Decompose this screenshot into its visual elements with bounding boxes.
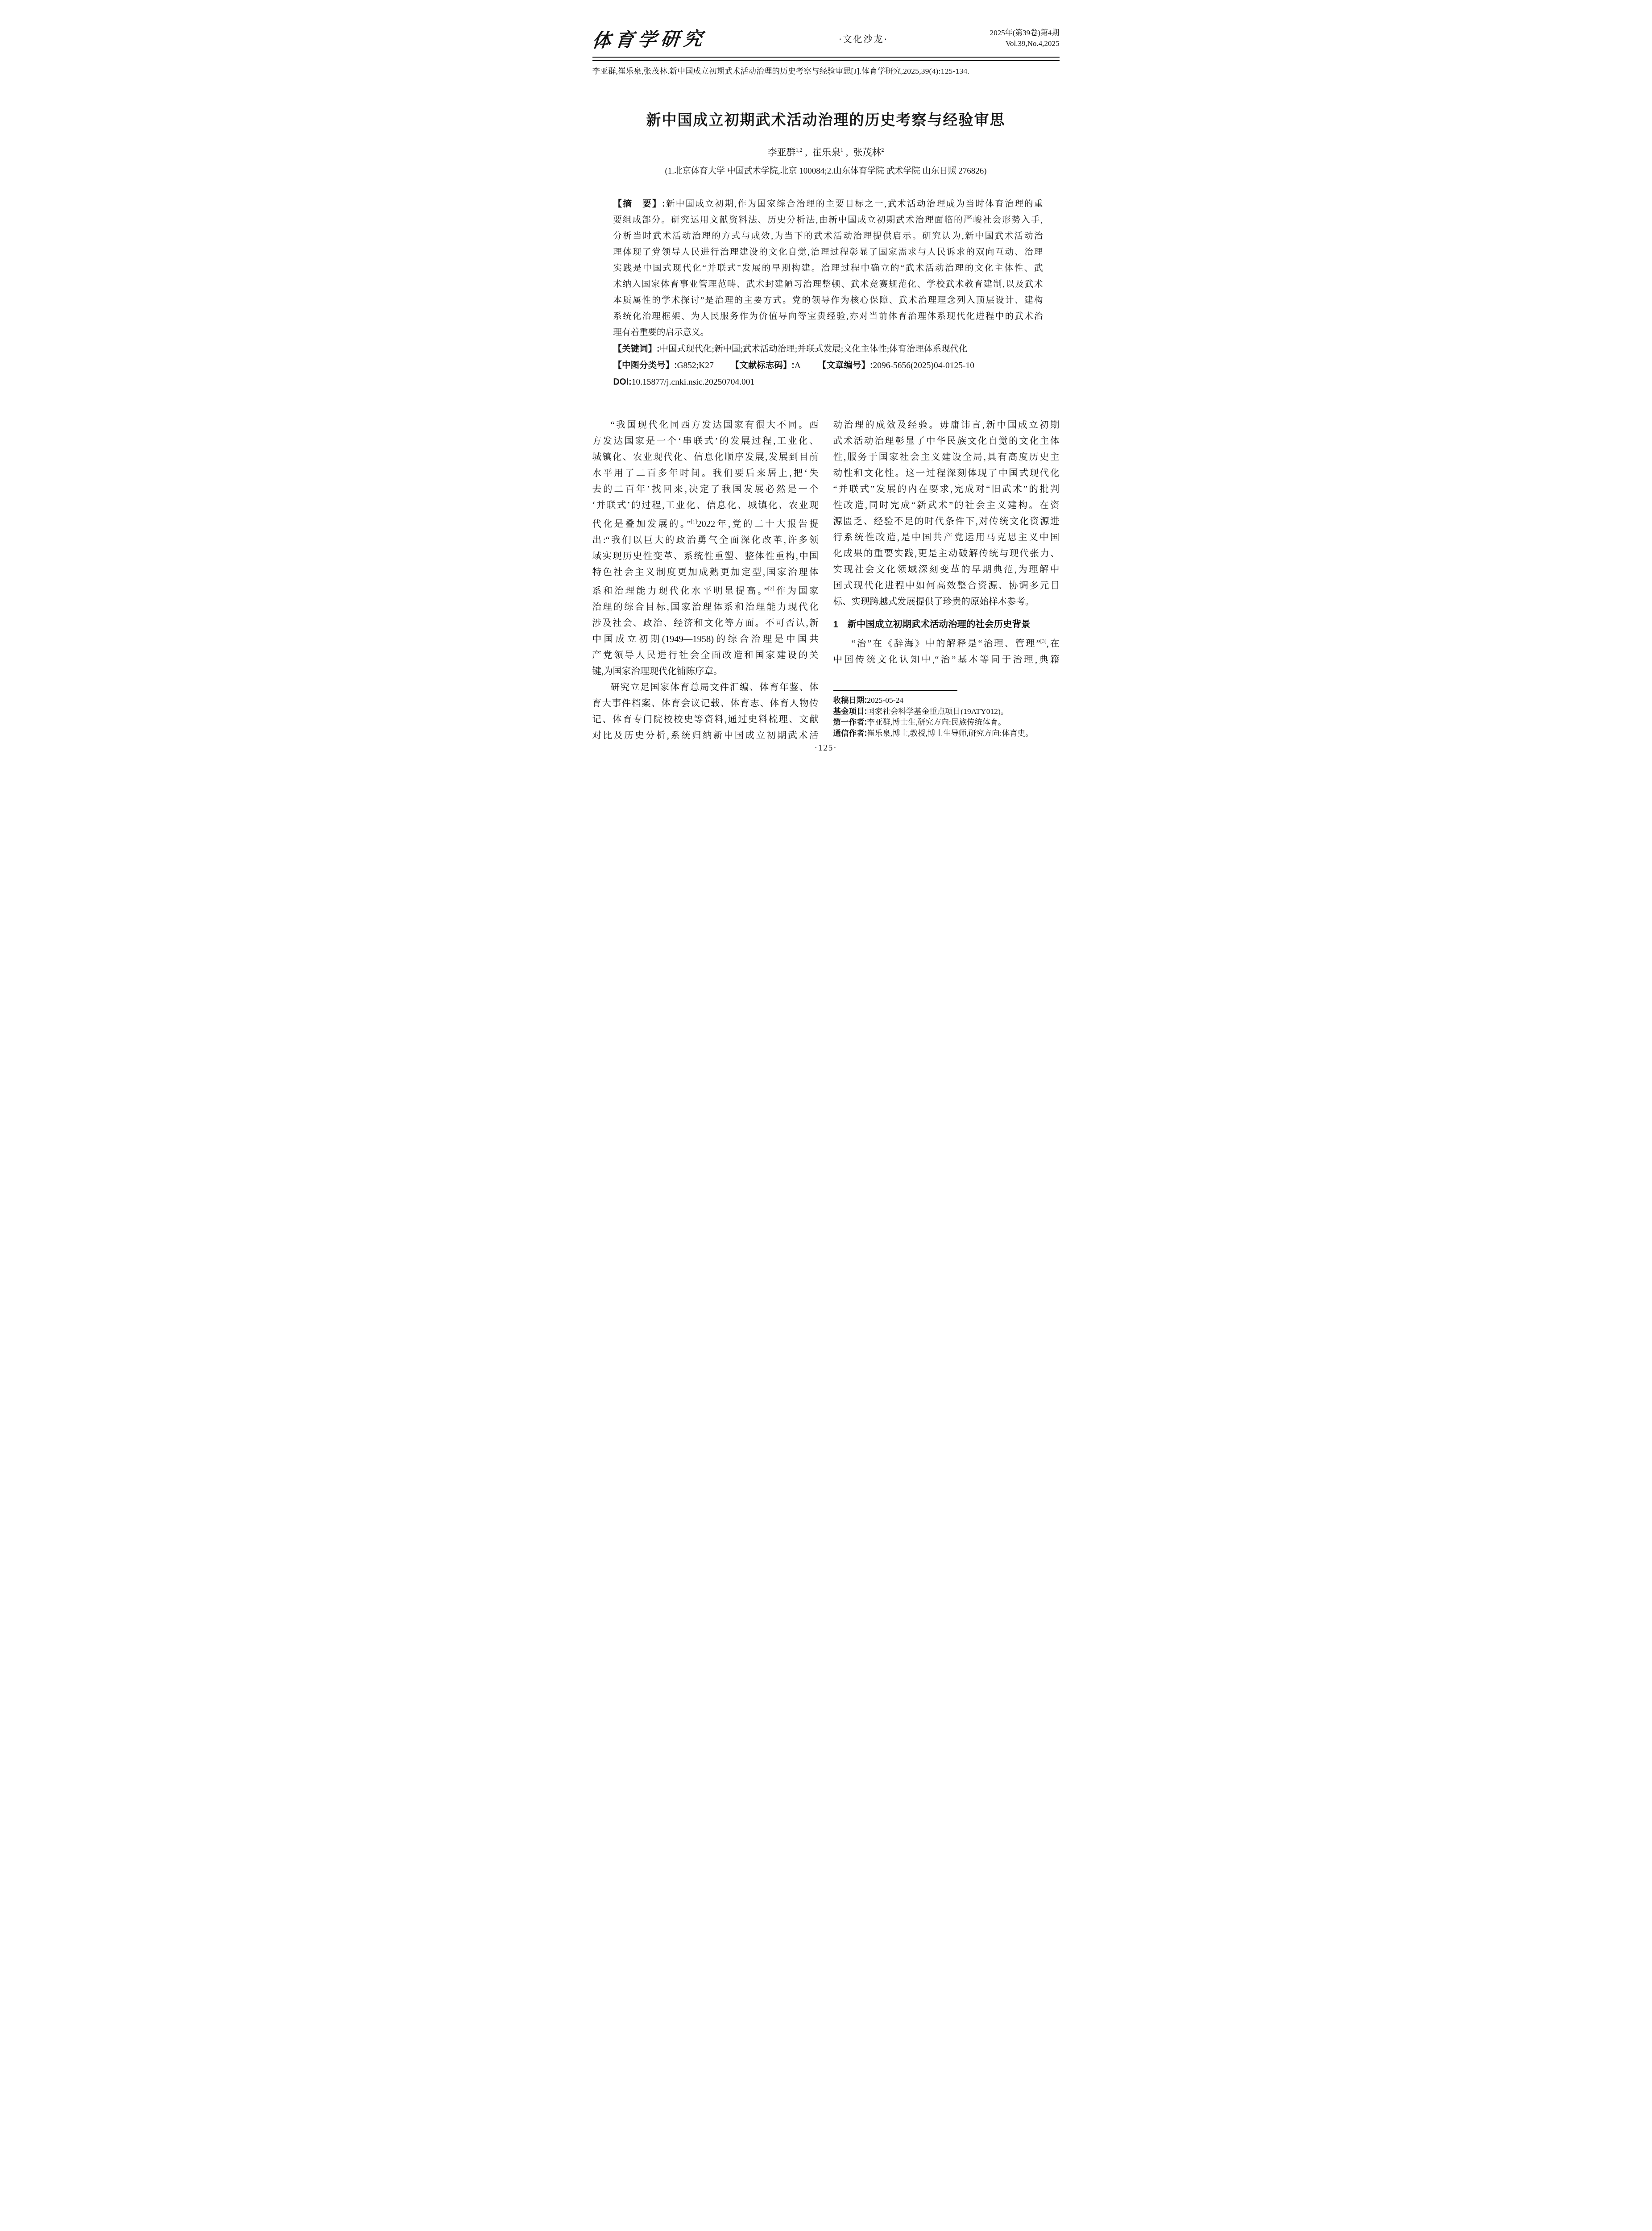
- affiliation-line: (1.北京体育大学 中国武术学院,北京 100084;2.山东体育学院 武术学院…: [592, 164, 1060, 176]
- footnote-line: 基金项目:国家社会科学基金重点项目(19ATY012)。: [833, 706, 1060, 717]
- body-line: 方发达国家是一个‘串联式’的发展过程,工业化、: [592, 433, 819, 449]
- doi-value: 10.15877/j.cnki.nsic.20250704.001: [632, 377, 755, 387]
- doc-code-label: 【文献标志码】:: [731, 361, 795, 370]
- author-name: 李亚群1,2: [768, 147, 803, 158]
- issue-info-en: Vol.39,No.4,2025: [990, 38, 1060, 49]
- journal-logo: 体育学研究: [591, 24, 708, 53]
- body-line: 对比及历史分析,系统归纳新中国成立初期武术活: [592, 728, 819, 744]
- body-line: 标、实现跨越式发展提供了珍贵的原始样本参考。: [833, 594, 1060, 610]
- body-line: 中国成立初期(1949—1958)的综合治理是中国共: [592, 631, 819, 647]
- footnote-label: 第一作者:: [833, 717, 867, 726]
- clc-label: 【中图分类号】:: [613, 361, 677, 370]
- body-line: ‘并联式’的过程,工业化、信息化、城镇化、农业现: [592, 498, 819, 514]
- front-matter: 【摘 要】:新中国成立初期,作为国家综合治理的主要目标之一,武术活动治理成为当时…: [613, 196, 1043, 390]
- footnote-line: 通信作者:崔乐泉,博士,教授,博士生导师,研究方向:体育史。: [833, 728, 1060, 739]
- abstract-line: 系统化治理框架、为人民服务作为价值导向等宝贵经验,亦对当前体育治理体系现代化进程…: [613, 309, 1043, 325]
- body-line: 域实现历史性变革、系统性重塑、整体性重构,中国: [592, 548, 819, 564]
- body-line: 代化是叠加发展的。”[1]2022年,党的二十大报告提: [592, 514, 819, 532]
- classification-line: 【中图分类号】:G852;K27【文献标志码】:A【文章编号】:2096-565…: [613, 357, 1043, 374]
- body-line: “并联式”发展的内在要求,完成对“旧武术”的批判: [833, 481, 1060, 498]
- footnote-line: 第一作者:李亚群,博士生,研究方向:民族传统体育。: [833, 717, 1060, 728]
- body-line: 育大事件档案、体育会议记载、体育志、体育人物传: [592, 696, 819, 712]
- body-line: 涉及社会、政治、经济和文化等方面。不可否认,新: [592, 615, 819, 631]
- body-line: 行系统性改造,是中国共产党运用马克思主义中国: [833, 530, 1060, 546]
- body-line: 实现社会文化领域深刻变革的早期典范,为理解中: [833, 562, 1060, 578]
- body-line: 化成果的重要实践,更是主动破解传统与现代张力、: [833, 546, 1060, 562]
- clc-value: G852;K27: [677, 361, 714, 370]
- journal-page: 体育学研究 ·文化沙龙· 2025年(第39卷)第4期 Vol.39,No.4,…: [551, 0, 1101, 779]
- body-column-right: 动治理的成效及经验。毋庸讳言,新中国成立初期武术活动治理彰显了中华民族文化自觉的…: [833, 417, 1060, 738]
- article-no-value: 2096-5656(2025)04-0125-10: [873, 361, 974, 370]
- article-body: “我国现代化同西方发达国家有很大不同。西方发达国家是一个‘串联式’的发展过程,工…: [592, 417, 1060, 738]
- issue-info-cn: 2025年(第39卷)第4期: [990, 28, 1060, 38]
- page-number: ·125·: [592, 743, 1060, 753]
- body-line: 记、体育专门院校校史等资料,通过史料梳理、文献: [592, 712, 819, 728]
- footnote-label: 通信作者:: [833, 729, 867, 738]
- body-line: 城镇化、农业现代化、信息化顺序发展,发展到目前: [592, 449, 819, 465]
- abstract-label: 【摘 要】:: [613, 199, 665, 209]
- body-line: 性改造,同时完成“新武术”的社会主义建构。在资: [833, 498, 1060, 514]
- body-line: 特色社会主义制度更加成熟更加定型,国家治理体: [592, 564, 819, 581]
- author-name: 崔乐泉1: [812, 147, 843, 158]
- body-line: 动性和文化性。这一过程深刻体现了中国式现代化: [833, 465, 1060, 481]
- body-line: 出:“我们以巨大的政治勇气全面深化改革,许多领: [592, 532, 819, 548]
- body-line: 国式现代化进程中如何高效整合资源、协调多元目: [833, 578, 1060, 594]
- body-line: 中国传统文化认知中,“治”基本等同于治理,典籍: [833, 652, 1060, 668]
- body-line: 源匮乏、经验不足的时代条件下,对传统文化资源进: [833, 514, 1060, 530]
- body-line: 性,服务于国家社会主义建设全局,具有高度历史主: [833, 449, 1060, 465]
- footnote-line: 收稿日期:2025-05-24: [833, 695, 1060, 706]
- authors-line: 李亚群1,2, 崔乐泉1, 张茂林2: [592, 145, 1060, 158]
- header-divider: [592, 57, 1060, 61]
- doi-line: DOI:10.15877/j.cnki.nsic.20250704.001: [613, 374, 1043, 390]
- footnote-label: 收稿日期:: [833, 696, 867, 705]
- right-column-text-top: 动治理的成效及经验。毋庸讳言,新中国成立初期武术活动治理彰显了中华民族文化自觉的…: [833, 417, 1060, 610]
- footnotes: 收稿日期:2025-05-24基金项目:国家社会科学基金重点项目(19ATY01…: [833, 695, 1060, 738]
- abstract-line: 实践是中国式现代化“并联式”发展的早期构建。治理过程中确立的“武术活动治理的文化…: [613, 261, 1043, 277]
- body-line: “治”在《辞海》中的解释是“治理、管理”[3],在: [833, 633, 1060, 652]
- body-line: 治理的综合目标,国家治理体系和治理能力现代化: [592, 599, 819, 615]
- footnote-block: 收稿日期:2025-05-24基金项目:国家社会科学基金重点项目(19ATY01…: [833, 690, 1060, 738]
- article-no-label: 【文章编号】:: [818, 361, 873, 370]
- article-title: 新中国成立初期武术活动治理的历史考察与经验审思: [592, 110, 1060, 130]
- body-line: 水平用了二百多年时间。我们要后来居上,把‘失: [592, 465, 819, 481]
- abstract-line: 本质属性的学术探讨”是治理的主要方式。党的领导作为核心保障、武术治理理念列入顶层…: [613, 293, 1043, 309]
- abstract-block: 【摘 要】:新中国成立初期,作为国家综合治理的主要目标之一,武术活动治理成为当时…: [613, 196, 1043, 341]
- body-line: “我国现代化同西方发达国家有很大不同。西: [592, 417, 819, 433]
- footnote-divider: [833, 690, 958, 691]
- abstract-line: 理有着重要的启示意义。: [613, 325, 1043, 341]
- body-line: 系和治理能力现代化水平明显提高。”[2]作为国家: [592, 581, 819, 599]
- doi-label: DOI:: [613, 377, 632, 387]
- section-heading-1: 1 新中国成立初期武术活动治理的社会历史背景: [833, 617, 1060, 633]
- citation-line: 李亚群,崔乐泉,张茂林.新中国成立初期武术活动治理的历史考察与经验审思[J].体…: [592, 65, 1060, 76]
- keywords-value: 中国式现代化;新中国;武术活动治理;并联式发展;文化主体性;体育治理体系现代化: [660, 344, 968, 354]
- keywords-line: 【关键词】:中国式现代化;新中国;武术活动治理;并联式发展;文化主体性;体育治理…: [613, 341, 1043, 357]
- abstract-line: 分析当时武术活动治理的方式与成效,为当下的武术活动治理提供启示。研究认为,新中国…: [613, 228, 1043, 245]
- page-header: 体育学研究 ·文化沙龙· 2025年(第39卷)第4期 Vol.39,No.4,…: [592, 24, 1060, 53]
- footnote-label: 基金项目:: [833, 707, 867, 716]
- body-column-left: “我国现代化同西方发达国家有很大不同。西方发达国家是一个‘串联式’的发展过程,工…: [592, 417, 819, 738]
- author-name: 张茂林2: [853, 147, 884, 158]
- abstract-line: 【摘 要】:新中国成立初期,作为国家综合治理的主要目标之一,武术活动治理成为当时…: [613, 196, 1043, 212]
- right-column-text-bottom: “治”在《辞海》中的解释是“治理、管理”[3],在中国传统文化认知中,“治”基本…: [833, 633, 1060, 668]
- body-line: 键,为国家治理现代化铺陈序章。: [592, 663, 819, 680]
- column-label: ·文化沙龙·: [839, 32, 888, 45]
- keywords-label: 【关键词】:: [613, 344, 660, 354]
- body-line: 武术活动治理彰显了中华民族文化自觉的文化主体: [833, 433, 1060, 449]
- abstract-line: 理体现了党领导人民进行治理建设的文化自觉,治理过程彰显了国家需求与人民诉求的双向…: [613, 245, 1043, 261]
- body-line: 产党领导人民进行社会全面改造和国家建设的关: [592, 647, 819, 663]
- issue-info: 2025年(第39卷)第4期 Vol.39,No.4,2025: [990, 28, 1060, 49]
- doc-code-value: A: [795, 361, 801, 370]
- body-line: 去的二百年’找回来,决定了我国发展必然是一个: [592, 481, 819, 498]
- body-line: 研究立足国家体育总局文件汇编、体育年鉴、体: [592, 680, 819, 696]
- abstract-line: 术纳入国家体育事业管理范畴、武术封建陋习治理整顿、武术竞赛规范化、学校武术教育建…: [613, 277, 1043, 293]
- body-line: 动治理的成效及经验。毋庸讳言,新中国成立初期: [833, 417, 1060, 433]
- abstract-line: 要组成部分。研究运用文献资料法、历史分析法,由新中国成立初期武术治理面临的严峻社…: [613, 212, 1043, 228]
